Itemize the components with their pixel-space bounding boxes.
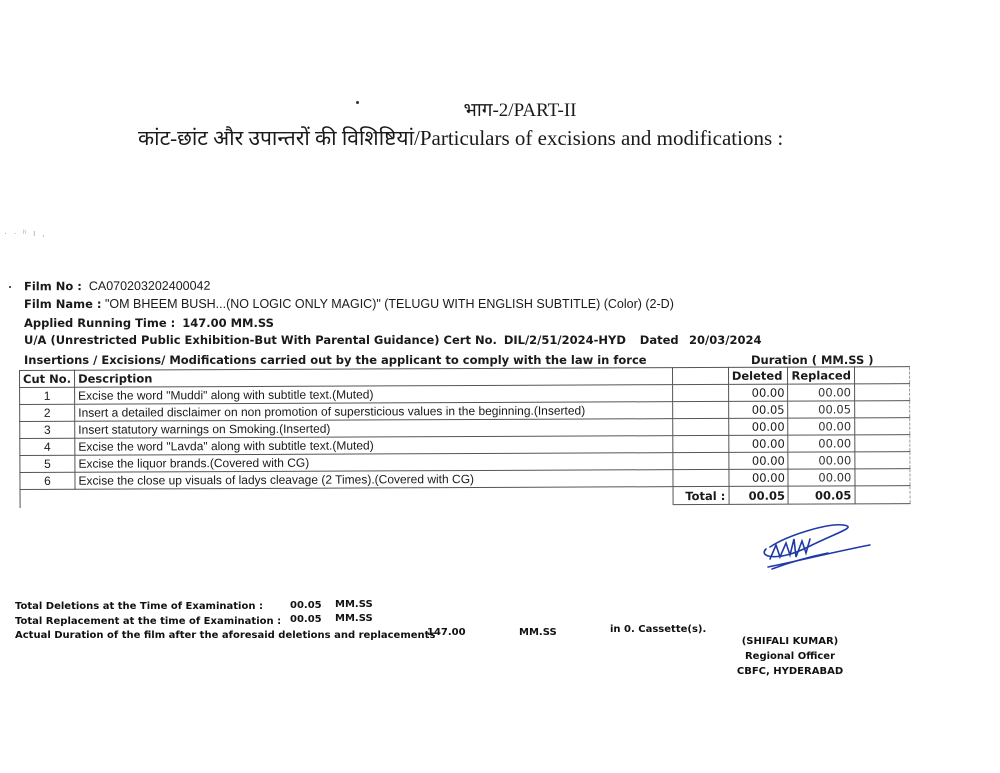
cut-no-cell: 5 xyxy=(20,455,75,472)
blank-cell xyxy=(673,401,729,418)
scan-speck xyxy=(9,286,11,288)
total-deleted: 00.05 xyxy=(729,486,789,504)
actual-duration-label: Actual Duration of the film after the af… xyxy=(15,630,435,641)
replaced-cell: 00.00 xyxy=(788,452,855,469)
officer-block: (SHIFALI KUMAR) Regional Officer CBFC, H… xyxy=(725,634,855,679)
cut-no-cell: 1 xyxy=(20,387,75,404)
total-replacement-value: 00.05 xyxy=(290,614,322,625)
deleted-cell: 00.00 xyxy=(728,418,788,435)
blank-cell xyxy=(673,469,729,486)
deleted-cell: 00.00 xyxy=(729,469,789,486)
spacer-cell xyxy=(20,487,673,508)
running-time-label: Applied Running Time : xyxy=(24,316,175,330)
cassette-info: in 0. Cassette(s). xyxy=(610,624,706,635)
total-deletions-label: Total Deletions at the Time of Examinati… xyxy=(15,601,263,612)
replaced-cell: 00.05 xyxy=(788,401,855,418)
dated-value: 20/03/2024 xyxy=(689,333,761,347)
table-caption-line: Insertions / Excisions/ Modifications ca… xyxy=(24,353,647,367)
cut-no-cell: 2 xyxy=(20,404,75,421)
extra-cell xyxy=(855,418,910,435)
extra-cell xyxy=(854,384,909,401)
certificate-line: U/A (Unrestricted Public Exhibition-But … xyxy=(24,333,761,347)
certificate-label: U/A (Unrestricted Public Exhibition-But … xyxy=(24,333,497,347)
total-deletions-value: 00.05 xyxy=(290,600,322,611)
replaced-cell: 00.00 xyxy=(788,384,855,401)
total-replaced: 00.05 xyxy=(788,486,855,504)
cut-no-cell: 6 xyxy=(20,472,75,489)
deleted-cell: 00.05 xyxy=(728,401,788,418)
extra-cell xyxy=(855,452,910,469)
blank-cell xyxy=(673,435,729,452)
table-row-spacer: Total : 00.05 00.05 xyxy=(20,486,910,508)
extra-cell xyxy=(855,469,910,486)
blank-cell xyxy=(673,384,729,401)
table-caption: Insertions / Excisions/ Modifications ca… xyxy=(24,353,647,367)
officer-designation: Regional Officer xyxy=(725,649,855,664)
col-extra xyxy=(854,367,909,384)
description-cell: Insert a detailed disclaimer on non prom… xyxy=(75,402,673,422)
blank-cell xyxy=(673,452,729,469)
film-no-line: Film No : CA070203202400042 xyxy=(24,279,211,293)
extra-cell xyxy=(855,401,910,418)
scan-noise: · · ʰ ı , xyxy=(4,228,46,238)
officer-office: CBFC, HYDERABAD xyxy=(725,664,855,679)
page-subtitle: कांट-छांट और उपान्तरों की विशिष्टियां/Pa… xyxy=(138,124,783,152)
col-replaced: Replaced xyxy=(788,367,855,384)
cut-no-cell: 4 xyxy=(20,438,75,455)
extra-cell xyxy=(855,435,910,452)
total-replacement-label: Total Replacement at the time of Examina… xyxy=(15,616,281,627)
running-time-value: 147.00 MM.SS xyxy=(182,316,274,330)
part-title: भाग-2/PART-II xyxy=(0,96,1000,122)
deleted-cell: 00.00 xyxy=(729,435,789,452)
film-no-value: CA070203202400042 xyxy=(89,279,211,293)
officer-name: (SHIFALI KUMAR) xyxy=(725,634,855,649)
signature xyxy=(748,517,878,577)
replaced-cell: 00.00 xyxy=(788,469,855,486)
col-cut-no: Cut No. xyxy=(20,370,75,387)
total-label: Total : xyxy=(673,486,729,504)
replaced-cell: 00.00 xyxy=(788,418,855,435)
certificate-no: DIL/2/51/2024-HYD xyxy=(504,333,626,347)
col-deleted: Deleted xyxy=(728,367,788,384)
col-blank xyxy=(673,367,729,384)
blank-cell xyxy=(673,418,729,435)
actual-duration-value: 147.00 xyxy=(427,627,466,638)
film-name-line: Film Name : "OM BHEEM BUSH...(NO LOGIC O… xyxy=(24,297,674,311)
deleted-cell: 00.00 xyxy=(728,384,788,401)
cut-no-cell: 3 xyxy=(20,421,75,438)
actual-duration-unit: MM.SS xyxy=(519,627,557,638)
film-no-label: Film No : xyxy=(24,279,82,293)
duration-label: Duration ( MM.SS ) xyxy=(751,353,874,367)
cuts-table: Cut No. Description Deleted Replaced 1Ex… xyxy=(19,366,911,508)
film-name-value: "OM BHEEM BUSH...(NO LOGIC ONLY MAGIC)" … xyxy=(105,297,674,311)
film-name-label: Film Name : xyxy=(24,297,102,311)
total-extra xyxy=(855,486,910,504)
total-replacement-unit: MM.SS xyxy=(335,613,373,624)
running-time-line: Applied Running Time : 147.00 MM.SS xyxy=(24,316,274,330)
deleted-cell: 00.00 xyxy=(729,452,789,469)
replaced-cell: 00.00 xyxy=(788,435,855,452)
total-deletions-unit: MM.SS xyxy=(335,599,373,610)
dated-label: Dated xyxy=(640,333,679,347)
